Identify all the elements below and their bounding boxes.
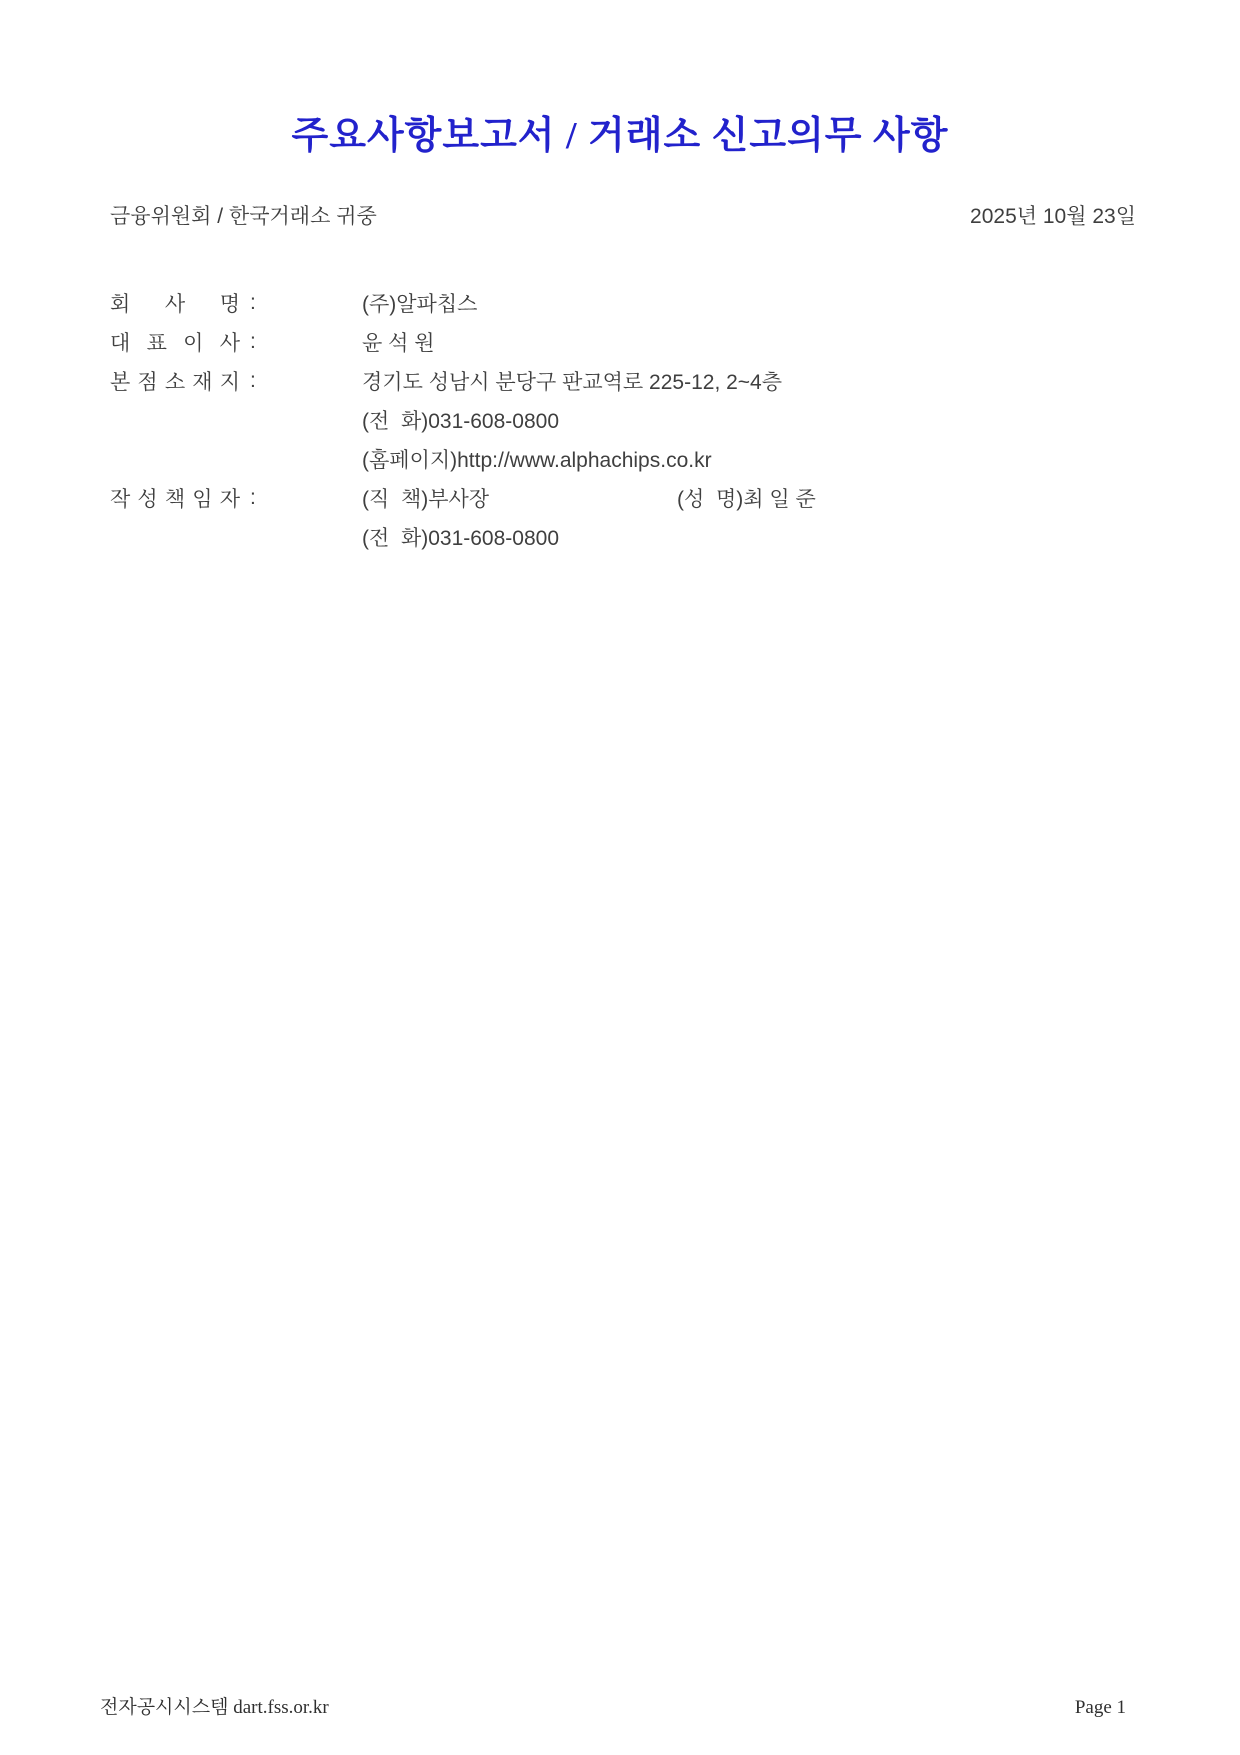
- document-title: 주요사항보고서 / 거래소 신고의무 사항: [0, 112, 1240, 160]
- head-office-phone-value: (전 화)031-608-0800: [362, 405, 1136, 435]
- report-date: 2025년 10월 23일: [970, 203, 1136, 231]
- info-row-report-officer: 작성책임자 : (직 책)부사장 (성 명)최 일 준: [110, 478, 1136, 517]
- info-label-cell: 작성책임자 :: [110, 483, 362, 513]
- info-row-phone: (전 화)031-608-0800: [110, 400, 1136, 439]
- info-label: 회사명: [110, 288, 240, 318]
- head-office-address-value: 경기도 성남시 분당구 판교역로 225-12, 2~4층: [362, 366, 1136, 396]
- company-info-table: 회사명 : (주)알파칩스 대표이사 : 윤 석 원 본점소재지 : 경기도 성…: [110, 283, 1136, 556]
- officer-position-value: (직 책)부사장: [362, 483, 677, 513]
- ceo-name-value: 윤 석 원: [362, 327, 1136, 357]
- label-colon: :: [250, 291, 256, 315]
- homepage-value: (홈페이지)http://www.alphachips.co.kr: [362, 444, 1136, 474]
- info-row-company-name: 회사명 : (주)알파칩스: [110, 283, 1136, 322]
- label-colon: :: [250, 330, 256, 354]
- info-label: 본점소재지: [110, 366, 240, 396]
- info-label: 작성책임자: [110, 483, 240, 513]
- info-row-head-office: 본점소재지 : 경기도 성남시 분당구 판교역로 225-12, 2~4층: [110, 361, 1136, 400]
- recipient-text: 금융위원회 / 한국거래소 귀중: [110, 203, 377, 231]
- label-colon: :: [250, 369, 256, 393]
- document-page: 주요사항보고서 / 거래소 신고의무 사항 금융위원회 / 한국거래소 귀중 2…: [0, 0, 1240, 1755]
- info-label: 대표이사: [110, 327, 240, 357]
- footer-system-name: 전자공시시스템 dart.fss.or.kr: [100, 1692, 329, 1719]
- footer-page-number: Page 1: [1075, 1697, 1126, 1719]
- officer-phone-value: (전 화)031-608-0800: [362, 522, 1136, 552]
- label-colon: :: [250, 486, 256, 510]
- info-row-ceo: 대표이사 : 윤 석 원: [110, 322, 1136, 361]
- info-label-cell: 회사명 :: [110, 288, 362, 318]
- info-row-homepage: (홈페이지)http://www.alphachips.co.kr: [110, 439, 1136, 478]
- report-officer-value: (직 책)부사장 (성 명)최 일 준: [362, 483, 1136, 513]
- page-footer: 전자공시시스템 dart.fss.or.kr Page 1: [100, 1692, 1126, 1719]
- info-label-cell: 본점소재지 :: [110, 366, 362, 396]
- recipient-row: 금융위원회 / 한국거래소 귀중 2025년 10월 23일: [110, 203, 1136, 231]
- info-label-cell: 대표이사 :: [110, 327, 362, 357]
- company-name-value: (주)알파칩스: [362, 288, 1136, 318]
- info-row-officer-phone: (전 화)031-608-0800: [110, 517, 1136, 556]
- officer-name-value: (성 명)최 일 준: [677, 483, 816, 513]
